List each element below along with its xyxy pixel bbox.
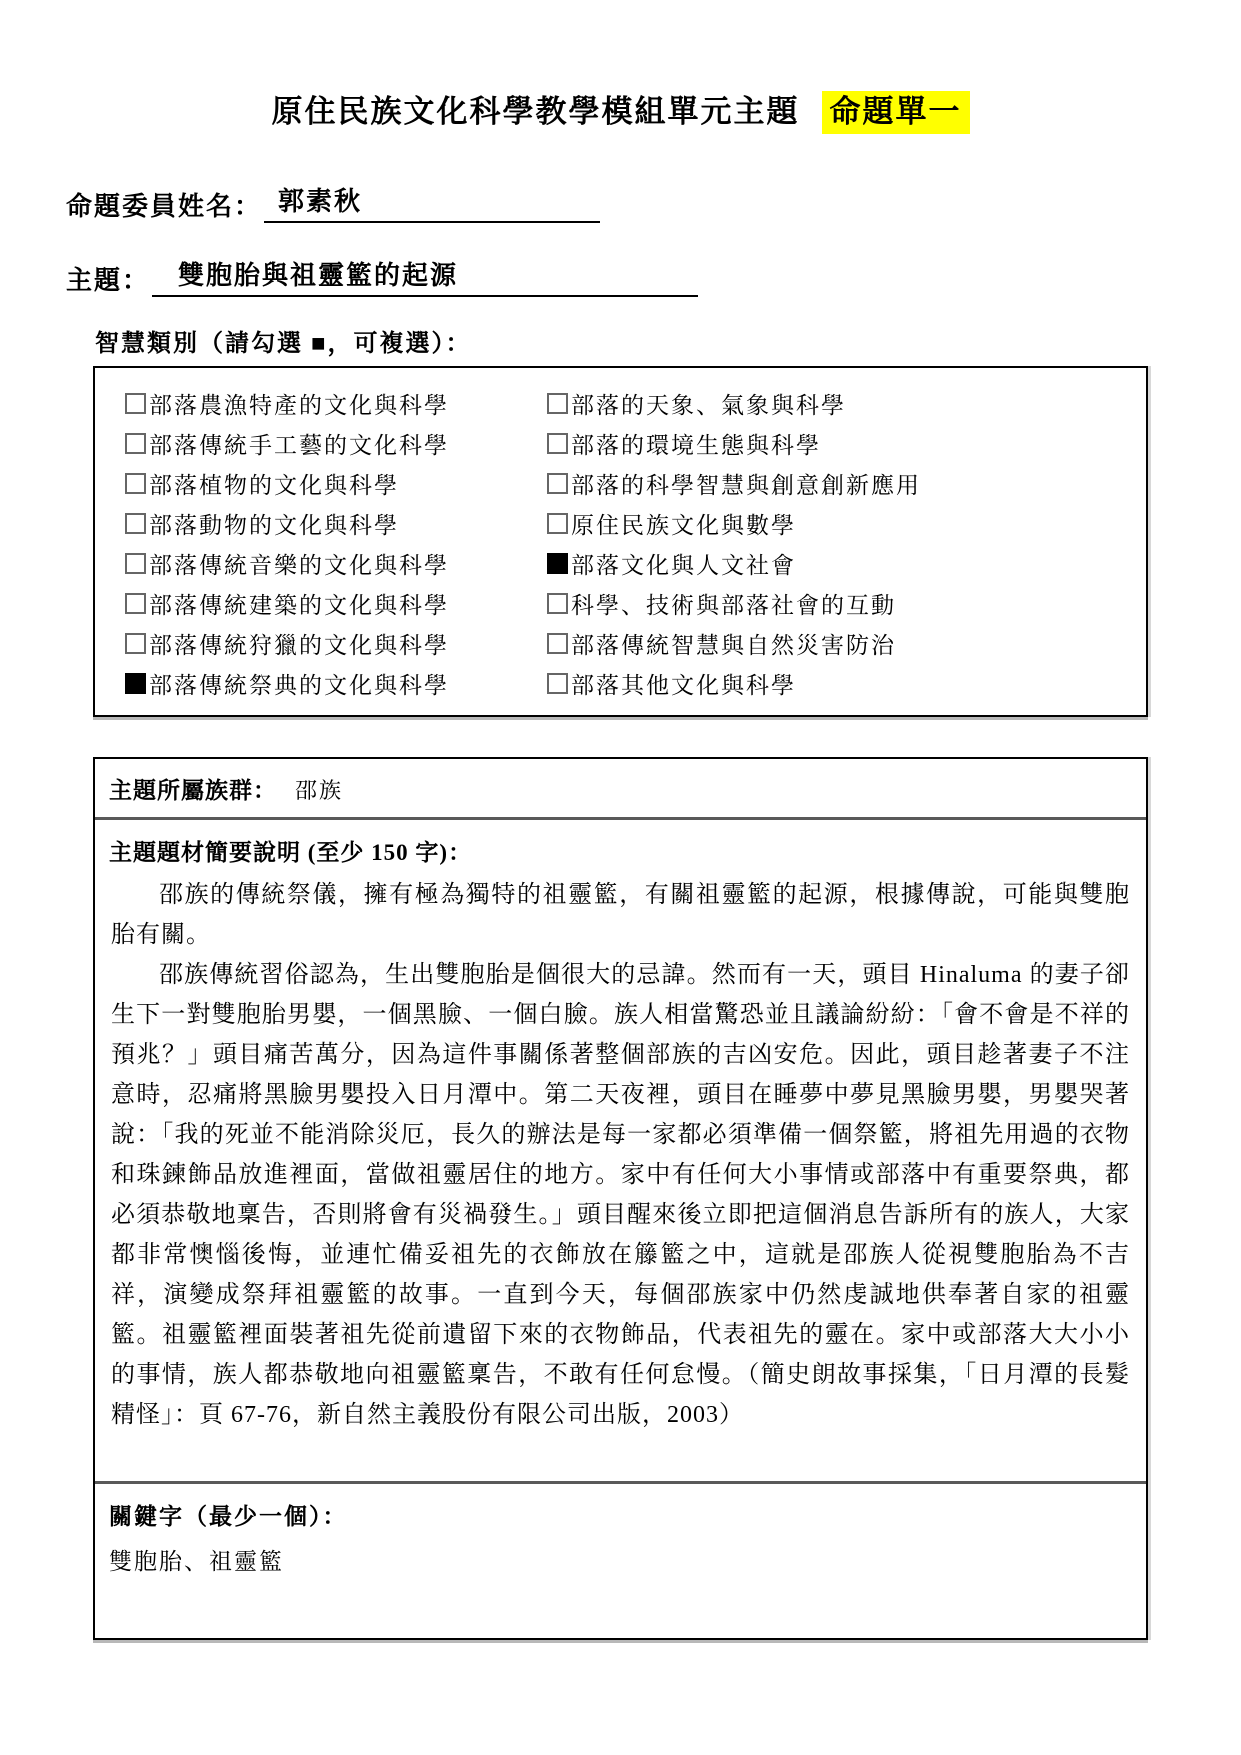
category-item: 部落其他文化與科學	[547, 663, 1146, 703]
category-column-left: 部落農漁特產的文化與科學部落傳統手工藝的文化科學部落植物的文化與科學部落動物的文…	[125, 383, 547, 703]
page-title-highlight: 命題單一	[822, 91, 970, 134]
category-item: 部落文化與人文社會	[547, 543, 1146, 583]
category-column-right: 部落的天象、氣象與科學部落的環境生態與科學部落的科學智慧與創意創新應用原住民族文…	[547, 383, 1146, 703]
category-table: 部落農漁特產的文化與科學部落傳統手工藝的文化科學部落植物的文化與科學部落動物的文…	[93, 366, 1148, 717]
category-item: 部落傳統建築的文化與科學	[125, 583, 547, 623]
category-label: 部落文化與人文社會	[571, 547, 796, 580]
checkbox-checked-icon	[125, 673, 146, 694]
category-label: 部落植物的文化與科學	[149, 467, 399, 500]
checkbox-unchecked-icon	[547, 633, 568, 654]
page-title: 原住民族文化科學教學模組單元主題命題單一	[0, 0, 1241, 131]
category-label: 部落的環境生態與科學	[571, 427, 821, 460]
checkbox-unchecked-icon	[547, 473, 568, 494]
checkbox-unchecked-icon	[547, 673, 568, 694]
category-item: 部落傳統祭典的文化與科學	[125, 663, 547, 703]
category-label: 部落的天象、氣象與科學	[571, 387, 846, 420]
category-item: 部落農漁特產的文化與科學	[125, 383, 547, 423]
topic-value: 雙胞胎與祖靈籃的起源	[178, 261, 458, 290]
keywords-heading: 關鍵字（最少一個）：	[109, 1498, 1132, 1531]
checkbox-unchecked-icon	[125, 393, 146, 414]
checkbox-unchecked-icon	[125, 433, 146, 454]
category-item: 部落植物的文化與科學	[125, 463, 547, 503]
category-label: 部落其他文化與科學	[571, 667, 796, 700]
category-item: 部落的科學智慧與創意創新應用	[547, 463, 1146, 503]
category-item: 部落傳統狩獵的文化與科學	[125, 623, 547, 663]
category-item: 部落傳統智慧與自然災害防治	[547, 623, 1146, 663]
topic-field: 主題：雙胞胎與祖靈籃的起源	[66, 255, 1241, 297]
description-section: 主題題材簡要說明 (至少 150 字)： 邵族的傳統祭儀，擁有極為獨特的祖靈籃，…	[95, 817, 1146, 1481]
category-label: 科學、技術與部落社會的互動	[571, 587, 896, 620]
topic-value-underline: 雙胞胎與祖靈籃的起源	[152, 255, 698, 297]
checkbox-unchecked-icon	[547, 593, 568, 614]
ethnic-group-section: 主題所屬族群：邵族	[95, 759, 1146, 817]
category-item: 部落傳統手工藝的文化科學	[125, 423, 547, 463]
category-item: 部落傳統音樂的文化與科學	[125, 543, 547, 583]
category-label: 部落傳統狩獵的文化與科學	[149, 627, 449, 660]
topic-label: 主題：	[66, 266, 150, 295]
category-label: 部落傳統手工藝的文化科學	[149, 427, 449, 460]
description-paragraph: 邵族的傳統祭儀，擁有極為獨特的祖靈籃，有關祖靈籃的起源，根據傳說，可能與雙胞胎有…	[109, 875, 1132, 955]
category-item: 部落的環境生態與科學	[547, 423, 1146, 463]
description-body: 邵族的傳統祭儀，擁有極為獨特的祖靈籃，有關祖靈籃的起源，根據傳說，可能與雙胞胎有…	[109, 875, 1132, 1435]
checkbox-unchecked-icon	[125, 513, 146, 534]
keywords-value: 雙胞胎、祖靈籃	[109, 1543, 1132, 1576]
page-title-text: 原住民族文化科學教學模組單元主題	[272, 94, 800, 129]
category-label: 部落傳統智慧與自然災害防治	[571, 627, 896, 660]
checkbox-unchecked-icon	[547, 393, 568, 414]
ethnic-group-label: 主題所屬族群：	[109, 778, 277, 803]
description-paragraph: 邵族傳統習俗認為，生出雙胞胎是個很大的忌諱。然而有一天，頭目 Hinaluma …	[109, 955, 1132, 1435]
category-item: 原住民族文化與數學	[547, 503, 1146, 543]
keywords-section: 關鍵字（最少一個）： 雙胞胎、祖靈籃	[95, 1481, 1146, 1638]
category-label: 部落傳統祭典的文化與科學	[149, 667, 449, 700]
document-page: 原住民族文化科學教學模組單元主題命題單一 命題委員姓名：郭素秋 主題：雙胞胎與祖…	[0, 0, 1241, 1755]
checkbox-unchecked-icon	[125, 633, 146, 654]
committee-name-underline: 郭素秋	[264, 181, 600, 223]
checkbox-unchecked-icon	[125, 473, 146, 494]
checkbox-unchecked-icon	[547, 433, 568, 454]
category-item: 科學、技術與部落社會的互動	[547, 583, 1146, 623]
checkbox-unchecked-icon	[125, 553, 146, 574]
category-label: 部落農漁特產的文化與科學	[149, 387, 449, 420]
category-label: 部落動物的文化與科學	[149, 507, 399, 540]
ethnic-group-value: 邵族	[295, 778, 343, 803]
category-label: 部落傳統音樂的文化與科學	[149, 547, 449, 580]
checkbox-checked-icon	[547, 553, 568, 574]
details-box: 主題所屬族群：邵族 主題題材簡要說明 (至少 150 字)： 邵族的傳統祭儀，擁…	[93, 757, 1148, 1640]
committee-field: 命題委員姓名：郭素秋	[66, 181, 1241, 223]
category-heading: 智慧類別（請勾選 ■，可複選）：	[95, 323, 1241, 358]
checkbox-unchecked-icon	[125, 593, 146, 614]
description-heading: 主題題材簡要說明 (至少 150 字)：	[109, 834, 1132, 867]
committee-name: 郭素秋	[278, 187, 362, 216]
checkbox-unchecked-icon	[547, 513, 568, 534]
category-label: 原住民族文化與數學	[571, 507, 796, 540]
committee-label: 命題委員姓名：	[66, 192, 262, 221]
category-item: 部落動物的文化與科學	[125, 503, 547, 543]
category-label: 部落的科學智慧與創意創新應用	[571, 467, 921, 500]
category-label: 部落傳統建築的文化與科學	[149, 587, 449, 620]
category-item: 部落的天象、氣象與科學	[547, 383, 1146, 423]
